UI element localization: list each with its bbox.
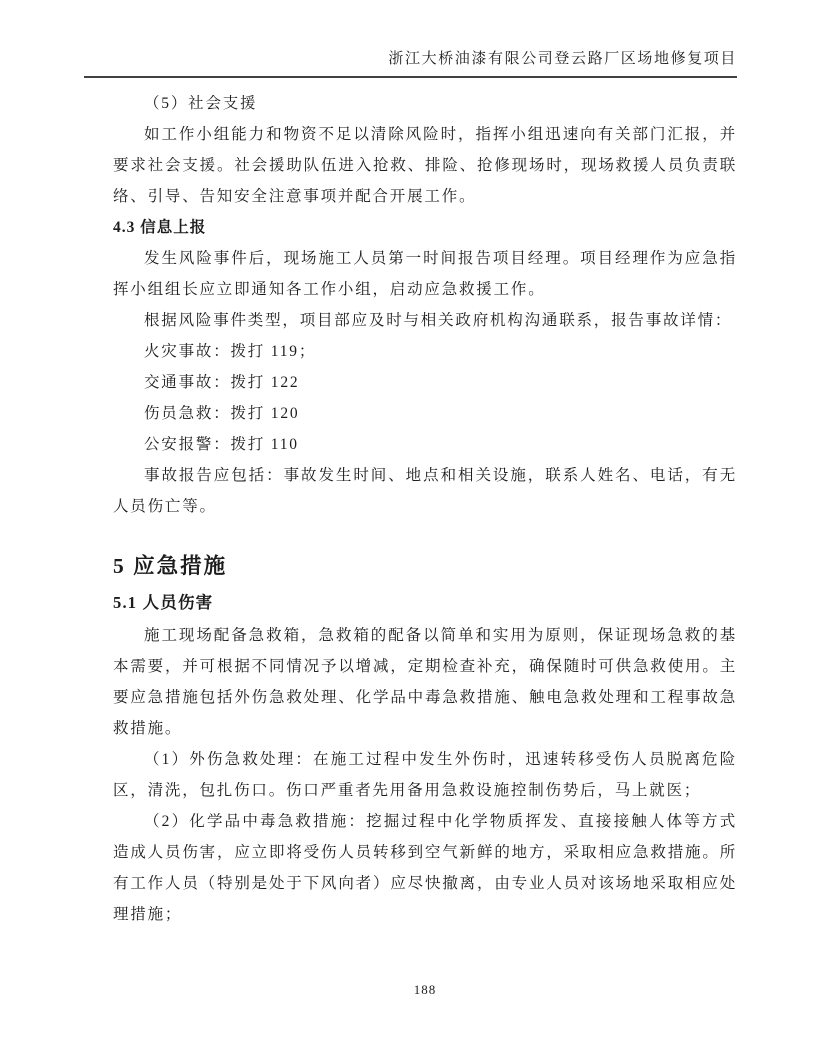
para-social-support: 如工作小组能力和物资不足以清除风险时，指挥小组迅速向有关部门汇报，并要求社会支援… bbox=[113, 119, 737, 212]
para-first-aid-kit: 施工现场配备急救箱，急救箱的配备以简单和实用为原则，保证现场急救的基本需要，并可… bbox=[113, 620, 737, 744]
phone-line-medical: 伤员急救：拨打 120 bbox=[113, 398, 737, 429]
para-report-contents: 事故报告应包括：事故发生时间、地点和相关设施，联系人姓名、电话，有无人员伤亡等。 bbox=[113, 460, 737, 522]
para-trauma-first-aid: （1）外伤急救处理：在施工过程中发生外伤时，迅速转移受伤人员脱离危险区，清洗，包… bbox=[113, 744, 737, 806]
page-number: 188 bbox=[113, 982, 737, 998]
phone-line-fire: 火灾事故：拨打 119； bbox=[113, 336, 737, 367]
para-report-details: 根据风险事件类型，项目部应及时与相关政府机构沟通联系，报告事故详情： bbox=[113, 305, 737, 336]
para-social-support-label: （5）社会支援 bbox=[113, 88, 737, 119]
header-divider bbox=[84, 76, 737, 78]
heading-4-3-info-report: 4.3 信息上报 bbox=[113, 212, 737, 243]
para-incident-report: 发生风险事件后，现场施工人员第一时间报告项目经理。项目经理作为应急指挥小组组长应… bbox=[113, 243, 737, 305]
document-page: 浙江大桥油漆有限公司登云路厂区场地修复项目 （5）社会支援 如工作小组能力和物资… bbox=[0, 0, 816, 1056]
heading-5-1-personnel-injury: 5.1 人员伤害 bbox=[113, 586, 737, 620]
page-header-title: 浙江大桥油漆有限公司登云路厂区场地修复项目 bbox=[113, 47, 737, 68]
document-body: （5）社会支援 如工作小组能力和物资不足以清除风险时，指挥小组迅速向有关部门汇报… bbox=[113, 88, 737, 930]
heading-5-emergency-measures: 5 应急措施 bbox=[113, 546, 737, 586]
para-chemical-poisoning: （2）化学品中毒急救措施：挖掘过程中化学物质挥发、直接接触人体等方式造成人员伤害… bbox=[113, 806, 737, 930]
phone-line-police: 公安报警：拨打 110 bbox=[113, 429, 737, 460]
phone-line-traffic: 交通事故：拨打 122 bbox=[113, 367, 737, 398]
